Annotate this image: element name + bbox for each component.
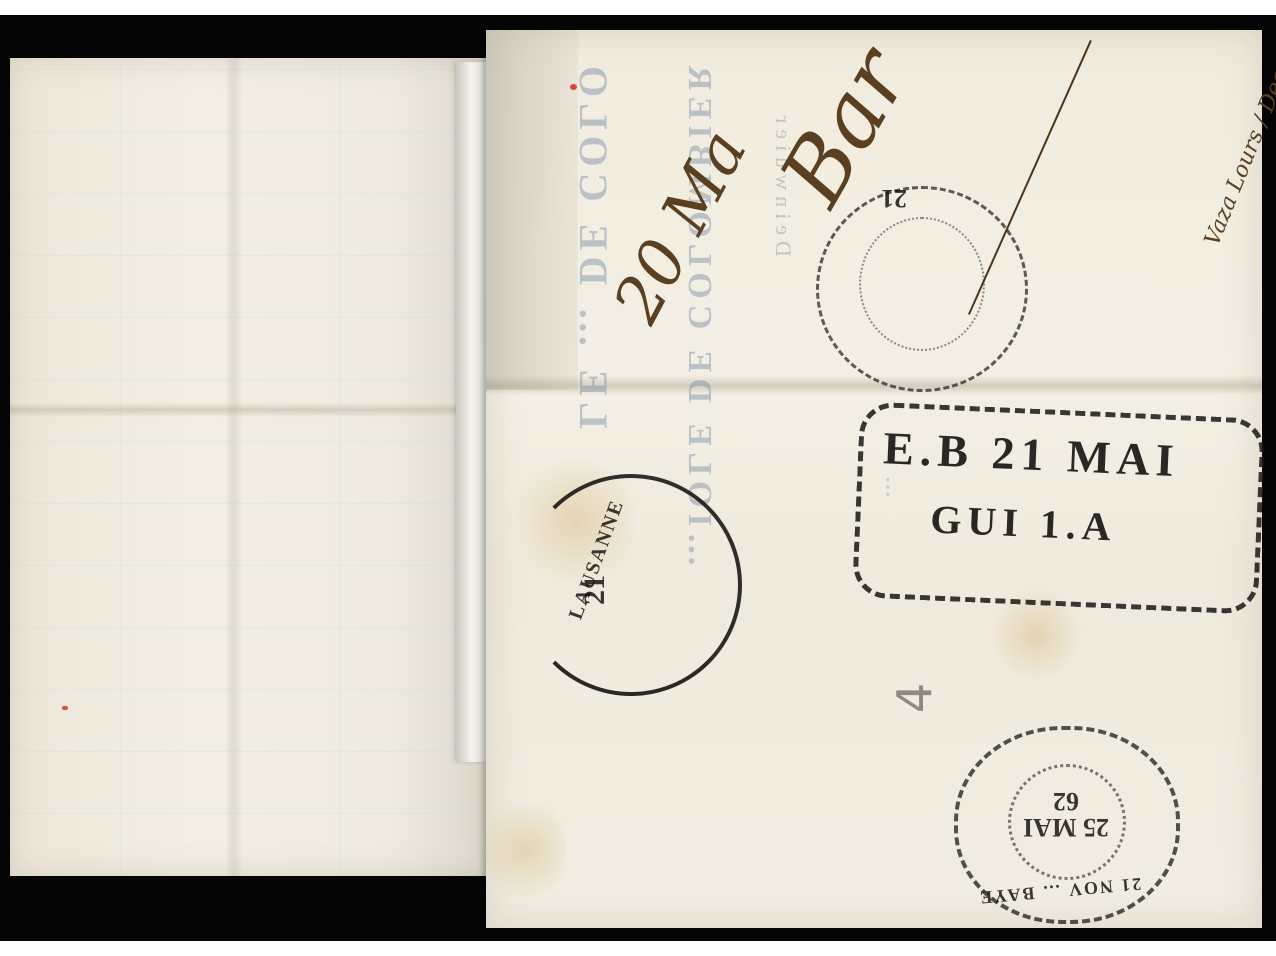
red-ink-speck bbox=[62, 706, 68, 710]
letter-back-sheet bbox=[10, 58, 490, 876]
postmark-inner-ring bbox=[859, 217, 985, 351]
postmark-boxed-cachet: E.B 21 MAI GUI 1.A bbox=[852, 401, 1266, 615]
cachet-line-2: GUI 1.A bbox=[929, 495, 1117, 550]
postmark-top-cds: 21 bbox=[816, 186, 1028, 392]
cachet-line-1: E.B 21 MAI bbox=[882, 421, 1180, 487]
postmark-lausanne-cds: LAUSANNE 21 bbox=[520, 474, 742, 696]
showthrough-text: LE … DE COLO bbox=[570, 60, 617, 429]
ruled-show-through bbox=[10, 58, 490, 876]
postmark-date: 25 MAI 62 bbox=[1016, 788, 1116, 840]
paper-shadow bbox=[486, 30, 578, 390]
vertical-fold bbox=[225, 58, 243, 876]
letter-inner-flap bbox=[456, 62, 490, 762]
postmark-bottom-cds: 25 MAI 62 21 NOV … BAYE bbox=[954, 726, 1180, 924]
postmark-number: 21 bbox=[881, 183, 907, 213]
postmark-day: 21 bbox=[578, 575, 612, 605]
horizontal-fold bbox=[10, 403, 490, 417]
pencil-rate-mark: 4 bbox=[887, 683, 943, 714]
foxing-stain bbox=[486, 790, 566, 910]
